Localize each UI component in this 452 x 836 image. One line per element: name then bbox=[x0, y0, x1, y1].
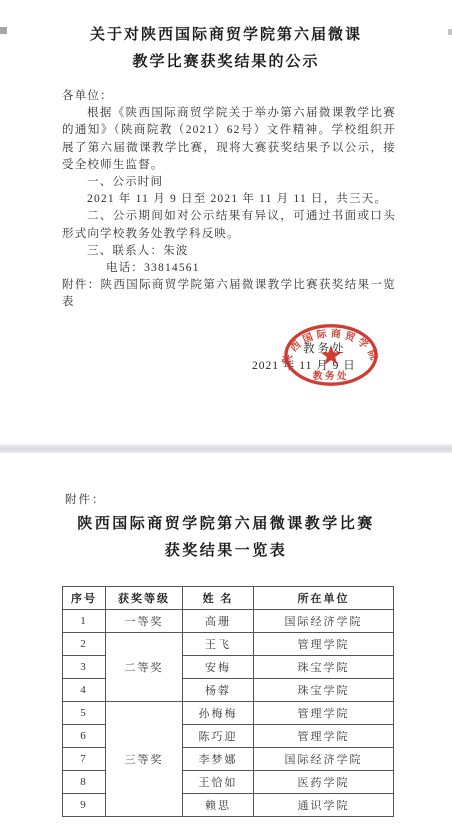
unit-cell: 管理学院 bbox=[254, 633, 394, 656]
row-number-cell: 7 bbox=[63, 748, 106, 771]
award-level-cell: 三等奖 bbox=[106, 702, 183, 817]
official-seal: 陕西国际商贸学院 教务处 bbox=[281, 319, 381, 391]
row-number-cell: 2 bbox=[63, 633, 106, 656]
section-1-heading: 一、公示时间 bbox=[62, 174, 396, 191]
paragraph-basis: 根据《陕西国际商贸学院关于举办第六届微课教学比赛的通知》（陕商院教（2021）6… bbox=[62, 105, 396, 174]
award-table: 序号获奖等级姓 名所在单位 1一等奖高珊国际经济学院2二等奖王飞管理学院3安梅珠… bbox=[62, 586, 394, 817]
row-number-cell: 6 bbox=[63, 725, 106, 748]
row-number-cell: 8 bbox=[63, 771, 106, 794]
page-1: 关于对陕西国际商贸学院第六届微课 教学比赛获奖结果的公示 各单位： 根据《陕西国… bbox=[0, 0, 452, 444]
winner-name-cell: 孙梅梅 bbox=[183, 702, 254, 725]
scanned-document: 关于对陕西国际商贸学院第六届微课 教学比赛获奖结果的公示 各单位： 根据《陕西国… bbox=[0, 0, 452, 836]
table-row: 2二等奖王飞管理学院 bbox=[63, 633, 394, 656]
announcement-title-line1: 关于对陕西国际商贸学院第六届微课 bbox=[0, 22, 452, 49]
page-2: 附件： 陕西国际商贸学院第六届微课教学比赛 获奖结果一览表 序号获奖等级姓 名所… bbox=[0, 453, 452, 836]
row-number-cell: 1 bbox=[63, 610, 106, 633]
column-header: 获奖等级 bbox=[106, 587, 183, 610]
salutation: 各单位： bbox=[62, 88, 396, 105]
column-header: 所在单位 bbox=[254, 587, 394, 610]
winner-name-cell: 李梦娜 bbox=[183, 748, 254, 771]
winner-name-cell: 陈巧迎 bbox=[183, 725, 254, 748]
row-number-cell: 5 bbox=[63, 702, 106, 725]
seal-bottom-text: 教务处 bbox=[312, 370, 349, 382]
winner-name-cell: 王恰如 bbox=[183, 771, 254, 794]
announcement-title-line2: 教学比赛获奖结果的公示 bbox=[0, 49, 452, 76]
unit-cell: 国际经济学院 bbox=[254, 748, 394, 771]
award-level-cell: 一等奖 bbox=[106, 610, 183, 633]
table-row: 5三等奖孙梅梅管理学院 bbox=[63, 702, 394, 725]
unit-cell: 通识学院 bbox=[254, 794, 394, 817]
attachment-label: 附件： bbox=[65, 491, 106, 507]
winner-name-cell: 高珊 bbox=[183, 610, 254, 633]
column-header: 姓 名 bbox=[183, 587, 254, 610]
table-row: 1一等奖高珊国际经济学院 bbox=[63, 610, 394, 633]
award-table-body: 1一等奖高珊国际经济学院2二等奖王飞管理学院3安梅珠宝学院4杨蓉珠宝学院5三等奖… bbox=[63, 610, 394, 817]
unit-cell: 医药学院 bbox=[254, 771, 394, 794]
contact-phone: 电话：33814561 bbox=[62, 260, 396, 277]
page-separator bbox=[0, 444, 452, 453]
section-3-contact: 三、联系人：朱波 bbox=[62, 243, 396, 260]
row-number-cell: 3 bbox=[63, 656, 106, 679]
column-header: 序号 bbox=[63, 587, 106, 610]
attachment-title-line1: 陕西国际商贸学院第六届微课教学比赛 bbox=[0, 511, 452, 538]
unit-cell: 珠宝学院 bbox=[254, 656, 394, 679]
winner-name-cell: 王飞 bbox=[183, 633, 254, 656]
unit-cell: 管理学院 bbox=[254, 702, 394, 725]
announcement-body: 各单位： 根据《陕西国际商贸学院关于举办第六届微课教学比赛的通知》（陕商院教（2… bbox=[62, 88, 396, 312]
unit-cell: 珠宝学院 bbox=[254, 679, 394, 702]
seal-star-icon bbox=[321, 345, 342, 365]
row-number-cell: 9 bbox=[63, 794, 106, 817]
award-level-cell: 二等奖 bbox=[106, 633, 183, 702]
winner-name-cell: 安梅 bbox=[183, 656, 254, 679]
winner-name-cell: 赖思 bbox=[183, 794, 254, 817]
section-2: 二、公示期间如对公示结果有异议，可通过书面或口头形式向学校教务处教学科反映。 bbox=[62, 208, 396, 242]
attachment-title-line2: 获奖结果一览表 bbox=[0, 538, 452, 565]
section-1-body: 2021 年 11 月 9 日至 2021 年 11 月 11 日，共三天。 bbox=[62, 191, 396, 208]
attachment-title: 陕西国际商贸学院第六届微课教学比赛 获奖结果一览表 bbox=[0, 511, 452, 565]
announcement-title: 关于对陕西国际商贸学院第六届微课 教学比赛获奖结果的公示 bbox=[0, 22, 452, 76]
unit-cell: 国际经济学院 bbox=[254, 610, 394, 633]
winner-name-cell: 杨蓉 bbox=[183, 679, 254, 702]
unit-cell: 管理学院 bbox=[254, 725, 394, 748]
attachment-reference: 附件：陕西国际商贸学院第六届微课教学比赛获奖结果一览表 bbox=[62, 277, 396, 311]
award-table-head-row: 序号获奖等级姓 名所在单位 bbox=[63, 587, 394, 610]
row-number-cell: 4 bbox=[63, 679, 106, 702]
